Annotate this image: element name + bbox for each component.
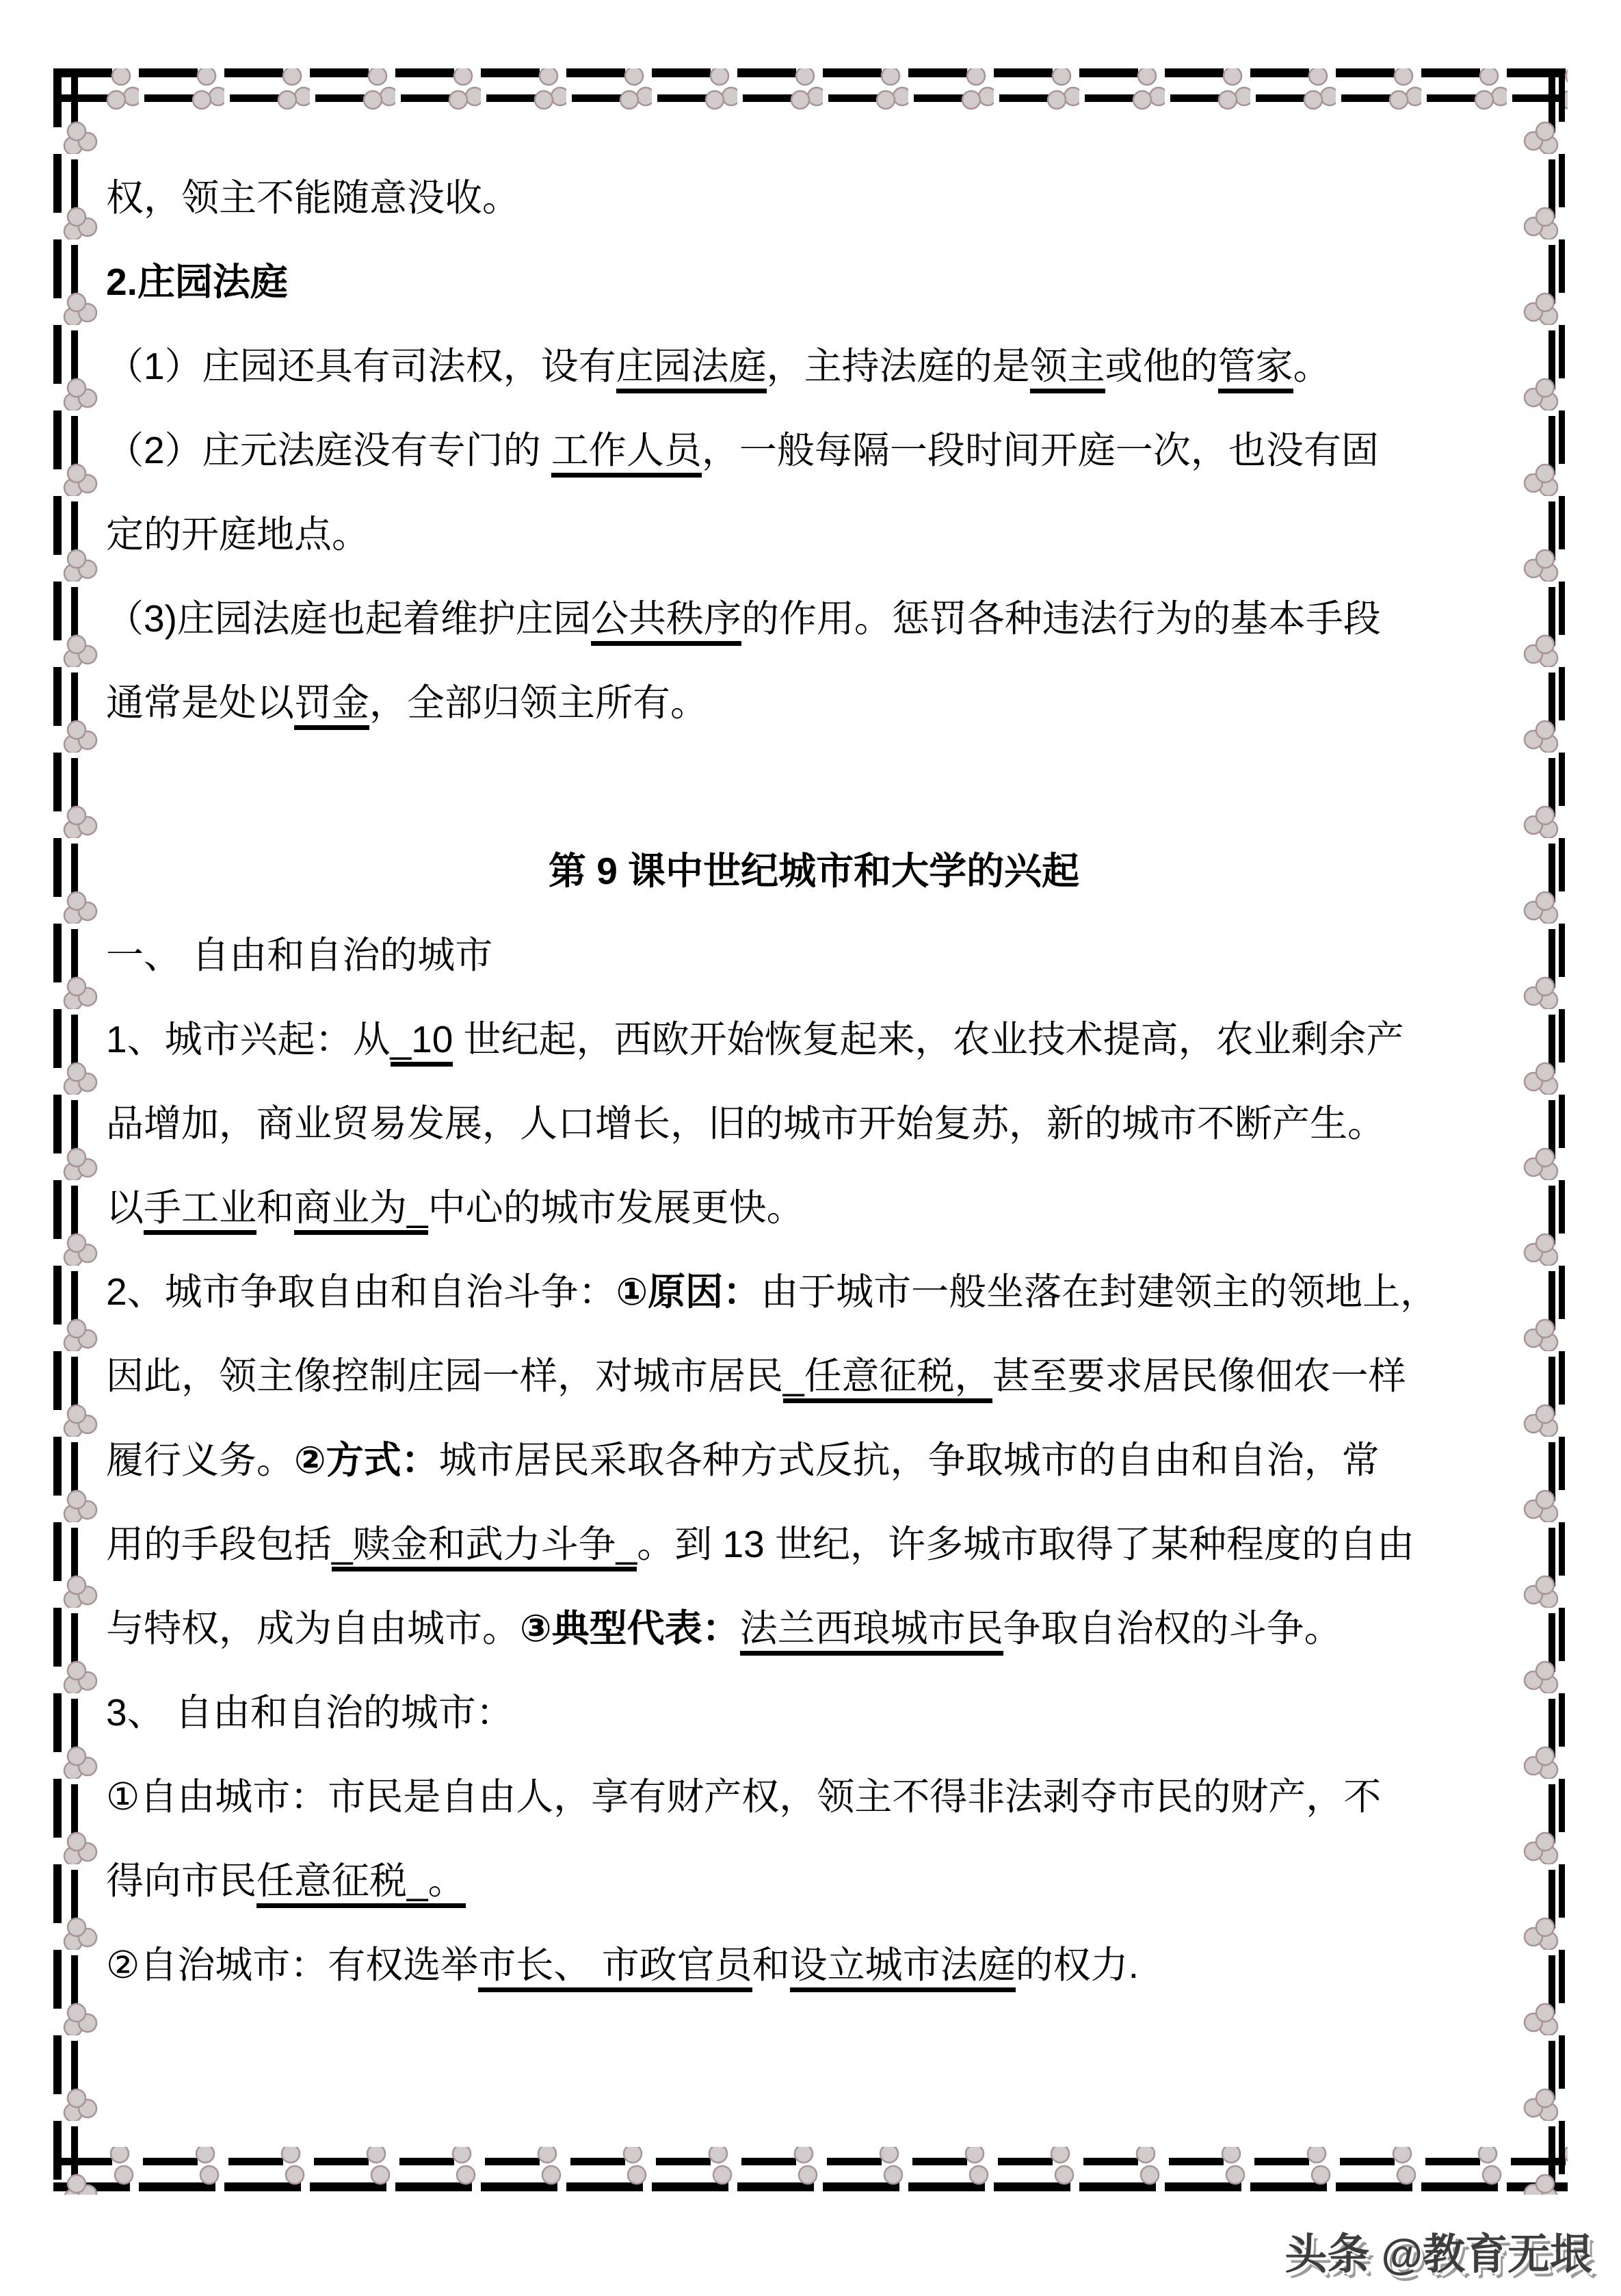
document-body: 权，领主不能随意没收。2.庄园法庭（1）庄园还具有司法权，设有庄园法庭，主持法庭… xyxy=(106,156,1522,2007)
document-page: 权，领主不能随意没收。2.庄园法庭（1）庄园还具有司法权，设有庄园法庭，主持法庭… xyxy=(0,0,1621,2296)
underlined-text: _赎金和武力斗争_ xyxy=(332,1523,637,1571)
text-segment: 和 xyxy=(256,1186,294,1229)
text-line: ①自由城市：市民是自由人，享有财产权，领主不得非法剥夺市民的财产，不 xyxy=(106,1755,1522,1839)
text-segment: 用的手段包括 xyxy=(106,1523,332,1565)
text-segment: ①自由城市：市民是自由人，享有财产权，领主不得非法剥夺市民的财产，不 xyxy=(106,1775,1381,1818)
text-segment: 的作用。惩罚各种违法行为的基本手段 xyxy=(741,597,1381,640)
text-segment: 世纪起，西欧开始恢复起来，农业技术提高，农业剩余产 xyxy=(453,1018,1403,1060)
text-line: 通常是处以罚金，全部归领主所有。 xyxy=(106,661,1522,745)
decorative-border-bottom xyxy=(53,2147,1568,2195)
text-line: 品增加，商业贸易发展，人口增长，旧的城市开始复苏，新的城市不断产生。 xyxy=(106,1082,1522,1166)
text-segment: 。 xyxy=(1293,345,1331,387)
underlined-text: 庄园法庭 xyxy=(616,345,767,393)
text-segment: 。到 13 世纪，许多城市取得了某种程度的自由 xyxy=(637,1523,1414,1565)
text-segment: 品增加，商业贸易发展，人口增长，旧的城市开始复苏，新的城市不断产生。 xyxy=(106,1102,1385,1145)
bold-text: 第 9 课中世纪城市和大学的兴起 xyxy=(549,850,1079,892)
text-line: 3、 自由和自治的城市： xyxy=(106,1671,1522,1755)
text-segment: 2、城市争取自由和自治斗争： xyxy=(106,1270,616,1313)
blank-line xyxy=(106,745,1522,829)
text-segment: 由于城市一般坐落在封建领主的领地上， xyxy=(761,1270,1438,1313)
text-line: （1）庄园还具有司法权，设有庄园法庭，主持法庭的是领主或他的管家。 xyxy=(106,324,1522,408)
text-line: 第 9 课中世纪城市和大学的兴起 xyxy=(106,829,1522,913)
text-segment: ②自治城市：有权选举 xyxy=(106,1944,478,1986)
text-line: 履行义务。②方式：城市居民采取各种方式反抗，争取城市的自由和自治，常 xyxy=(106,1418,1522,1502)
text-line: 定的开庭地点。 xyxy=(106,493,1522,577)
text-segment: 的权力. xyxy=(1016,1944,1139,1986)
text-line: 用的手段包括_赎金和武力斗争_。到 13 世纪，许多城市取得了某种程度的自由 xyxy=(106,1502,1522,1587)
text-line: 以手工业和商业为_中心的城市发展更快。 xyxy=(106,1166,1522,1250)
underlined-text: 管家 xyxy=(1218,345,1293,393)
text-segment: （2）庄元法庭没有专门的 xyxy=(106,429,551,471)
text-segment: 通常是处以 xyxy=(106,681,294,724)
decorative-border-right xyxy=(1520,68,1568,2195)
decorative-border-left xyxy=(53,68,101,2195)
text-segment: （1）庄园还具有司法权，设有 xyxy=(106,345,616,387)
text-line: 与特权，成为自由城市。③典型代表：法兰西琅城市民争取自治权的斗争。 xyxy=(106,1587,1522,1671)
text-line: （2）庄元法庭没有专门的 工作人员，一般每隔一段时间开庭一次，也没有固 xyxy=(106,408,1522,493)
underlined-text: 公共秩序 xyxy=(591,597,741,646)
watermark: 头条 @教育无垠 xyxy=(1284,2220,1592,2281)
text-segment: ，一般每隔一段时间开庭一次，也没有固 xyxy=(702,429,1379,471)
underlined-text: 市长、 市政官员 xyxy=(478,1944,752,1992)
text-segment: 得向市民 xyxy=(106,1860,256,1902)
text-segment: 甚至要求居民像佃农一样 xyxy=(992,1355,1406,1397)
text-line: 2.庄园法庭 xyxy=(106,240,1522,324)
underlined-text: 领主 xyxy=(1030,345,1105,393)
text-segment: 或他的 xyxy=(1105,345,1218,387)
text-segment: 和 xyxy=(752,1944,790,1986)
underlined-text: 法兰西琅城市民 xyxy=(740,1607,1003,1656)
text-line: （3)庄园法庭也起着维护庄园公共秩序的作用。惩罚各种违法行为的基本手段 xyxy=(106,577,1522,661)
underlined-text: 设立城市法庭 xyxy=(790,1944,1016,1992)
underlined-text: 工作人员 xyxy=(551,429,702,478)
text-segment: 3、 自由和自治的城市： xyxy=(106,1691,514,1734)
text-line: 权，领主不能随意没收。 xyxy=(106,156,1522,240)
text-segment: 争取自治权的斗争。 xyxy=(1003,1607,1342,1649)
underlined-text: _任意征税， xyxy=(783,1355,992,1403)
underlined-text: 罚金 xyxy=(294,681,369,730)
text-segment: 一、 自由和自治的城市 xyxy=(106,934,492,976)
text-segment: 因此，领主像控制庄园一样，对城市居民 xyxy=(106,1355,783,1397)
bold-text: ③典型代表： xyxy=(520,1607,740,1649)
text-line: 得向市民任意征税_。 xyxy=(106,1839,1522,1923)
underlined-text: 任意征税_。 xyxy=(256,1860,466,1908)
text-segment: 以 xyxy=(106,1186,144,1229)
underlined-text: 商业为_ xyxy=(294,1186,428,1235)
text-segment: 1、城市兴起：从 xyxy=(106,1018,391,1060)
text-segment: ，主持法庭的是 xyxy=(767,345,1030,387)
text-segment: 中心的城市发展更快。 xyxy=(428,1186,804,1229)
text-line: 一、 自由和自治的城市 xyxy=(106,913,1522,997)
underlined-text: 手工业 xyxy=(144,1186,256,1235)
text-segment: ，全部归领主所有。 xyxy=(369,681,708,724)
bold-text: 2.庄园法庭 xyxy=(106,261,288,303)
bold-text: ②方式： xyxy=(294,1439,439,1481)
bold-text: ①原因： xyxy=(616,1270,761,1313)
text-segment: 定的开庭地点。 xyxy=(106,513,369,556)
text-segment: 与特权，成为自由城市。 xyxy=(106,1607,520,1649)
text-segment: 城市居民采取各种方式反抗，争取城市的自由和自治，常 xyxy=(439,1439,1380,1481)
text-segment: 履行义务。 xyxy=(106,1439,294,1481)
underlined-text: _10 xyxy=(391,1018,453,1067)
text-segment: （3)庄园法庭也起着维护庄园 xyxy=(106,597,591,640)
text-line: ②自治城市：有权选举市长、 市政官员和设立城市法庭的权力. xyxy=(106,1923,1522,2007)
decorative-border-top xyxy=(53,68,1568,116)
text-line: 1、城市兴起：从_10 世纪起，西欧开始恢复起来，农业技术提高，农业剩余产 xyxy=(106,997,1522,1082)
text-segment: 权，领主不能随意没收。 xyxy=(106,177,520,219)
text-line: 2、城市争取自由和自治斗争：①原因：由于城市一般坐落在封建领主的领地上， xyxy=(106,1250,1522,1334)
text-line: 因此，领主像控制庄园一样，对城市居民_任意征税，甚至要求居民像佃农一样 xyxy=(106,1334,1522,1418)
